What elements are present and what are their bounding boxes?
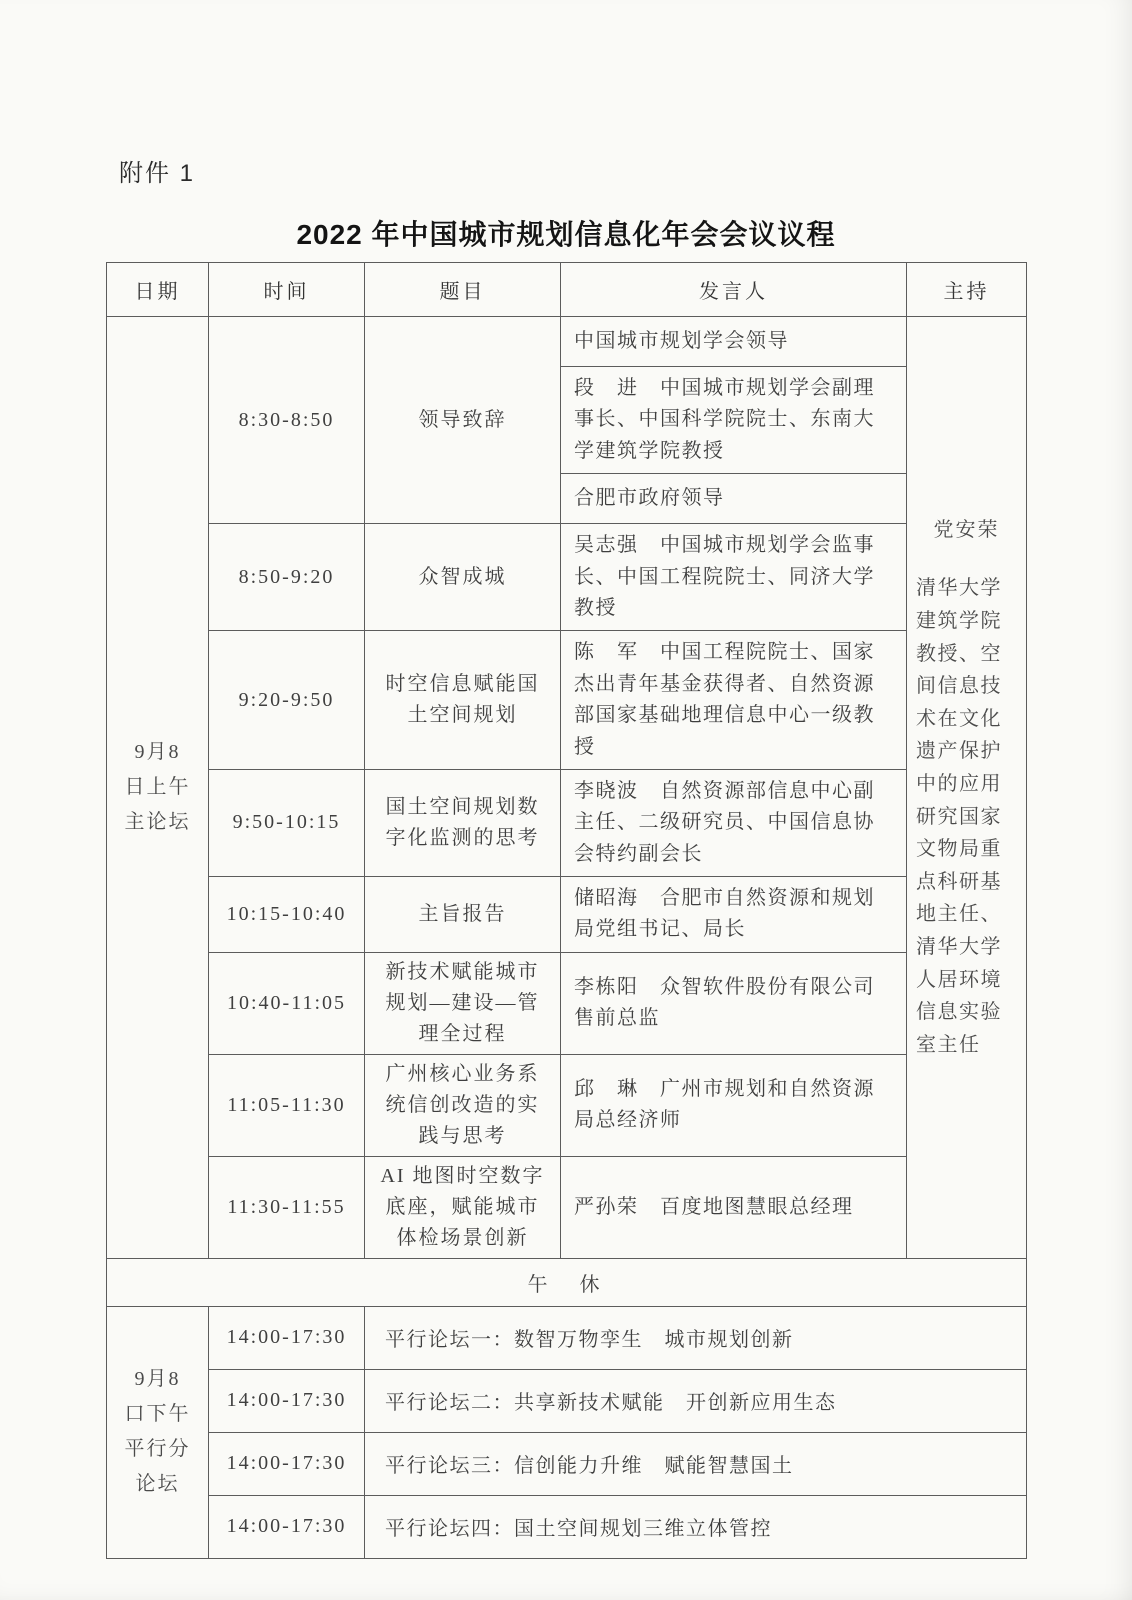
table-row: 10:40-11:05 新技术赋能城市规划—建设—管理全过程 李栋阳 众智软件股…	[107, 952, 1027, 1054]
attachment-label: 附件 1	[119, 153, 195, 188]
time-cell: 11:30-11:55	[209, 1156, 365, 1258]
time-cell: 14:00-17:30	[209, 1369, 365, 1432]
date-line: 主论坛	[107, 805, 208, 840]
table-row: 8:50-9:20 众智成城 吴志强 中国城市规划学会监事长、中国工程院院士、同…	[107, 524, 1027, 631]
break-row: 午 休	[107, 1258, 1027, 1306]
table-row: 14:00-17:30 平行论坛二：共享新技术赋能 开创新应用生态	[107, 1369, 1027, 1432]
speaker-cell: 李栋阳 众智软件股份有限公司售前总监	[561, 952, 907, 1054]
table-row: 9:20-9:50 时空信息赋能国土空间规划 陈 军 中国工程院院士、国家杰出青…	[107, 631, 1027, 770]
table-row: 11:30-11:55 AI 地图时空数字底座，赋能城市体检场景创新 严孙荣 百…	[107, 1156, 1027, 1258]
table-row: 10:15-10:40 主旨报告 储昭海 合肥市自然资源和规划局党组书记、局长	[107, 877, 1027, 953]
time-cell: 14:00-17:30	[209, 1306, 365, 1369]
time-cell: 8:50-9:20	[209, 524, 365, 631]
morning-date-cell: 9月8 日上午 主论坛	[107, 317, 209, 1259]
speaker-cell: 储昭海 合肥市自然资源和规划局党组书记、局长	[561, 877, 907, 953]
forum-cell: 平行论坛三：信创能力升维 赋能智慧国土	[365, 1432, 1027, 1495]
time-cell: 10:15-10:40	[209, 877, 365, 953]
header-cell-date: 日期	[107, 263, 209, 317]
document-title: 2022 年中国城市规划信息化年会会议议程	[0, 213, 1132, 253]
table-row: 14:00-17:30 平行论坛四：国土空间规划三维立体管控	[107, 1495, 1027, 1558]
time-cell: 11:05-11:30	[209, 1054, 365, 1156]
speaker-cell: 严孙荣 百度地图慧眼总经理	[561, 1156, 907, 1258]
table-row: 9月8 日上午 主论坛 8:30-8:50 领导致辞 中国城市规划学会领导 党安…	[107, 317, 1027, 367]
table-row: 14:00-17:30 平行论坛三：信创能力升维 赋能智慧国土	[107, 1432, 1027, 1495]
header-cell-host: 主持	[907, 263, 1027, 317]
afternoon-date-cell: 9月8 口下午 平行分 论坛	[107, 1306, 209, 1558]
scanned-document-page: 附件 1 2022 年中国城市规划信息化年会会议议程 日期 时间 题目 发言人 …	[0, 0, 1132, 1600]
time-cell: 10:40-11:05	[209, 952, 365, 1054]
speaker-cell: 邱 琳 广州市规划和自然资源局总经济师	[561, 1054, 907, 1156]
speaker-cell: 段 进 中国城市规划学会副理事长、中国科学院院士、东南大学建筑学院教授	[561, 367, 907, 474]
forum-cell: 平行论坛四：国土空间规划三维立体管控	[365, 1495, 1027, 1558]
header-cell-time: 时间	[209, 263, 365, 317]
speaker-cell: 吴志强 中国城市规划学会监事长、中国工程院院士、同济大学教授	[561, 524, 907, 631]
time-cell: 14:00-17:30	[209, 1495, 365, 1558]
speaker-cell: 陈 军 中国工程院院士、国家杰出青年基金获得者、自然资源部国家基础地理信息中心一…	[561, 631, 907, 770]
time-cell: 8:30-8:50	[209, 317, 365, 524]
host-name: 党安荣	[916, 513, 1017, 542]
forum-cell: 平行论坛二：共享新技术赋能 开创新应用生态	[365, 1369, 1027, 1432]
topic-cell: 主旨报告	[365, 877, 561, 953]
break-cell: 午 休	[107, 1258, 1027, 1306]
speaker-cell: 李晓波 自然资源部信息中心副主任、二级研究员、中国信息协会特约副会长	[561, 769, 907, 876]
header-cell-topic: 题目	[365, 263, 561, 317]
topic-cell: 新技术赋能城市规划—建设—管理全过程	[365, 952, 561, 1054]
table-row: 9:50-10:15 国土空间规划数字化监测的思考 李晓波 自然资源部信息中心副…	[107, 769, 1027, 876]
topic-cell: 国土空间规划数字化监测的思考	[365, 769, 561, 876]
date-line: 平行分	[107, 1432, 208, 1467]
table-row: 11:05-11:30 广州核心业务系统信创改造的实践与思考 邱 琳 广州市规划…	[107, 1054, 1027, 1156]
date-line: 口下午	[107, 1397, 208, 1432]
host-cell: 党安荣 清华大学建筑学院教授、空间信息技术在文化遗产保护中的应用研究国家文物局重…	[907, 317, 1027, 1259]
time-cell: 14:00-17:30	[209, 1432, 365, 1495]
topic-cell: 时空信息赋能国土空间规划	[365, 631, 561, 770]
topic-cell: 广州核心业务系统信创改造的实践与思考	[365, 1054, 561, 1156]
topic-cell: 领导致辞	[365, 317, 561, 524]
date-line: 9月8	[107, 735, 208, 770]
forum-cell: 平行论坛一：数智万物孪生 城市规划创新	[365, 1306, 1027, 1369]
topic-cell: AI 地图时空数字底座，赋能城市体检场景创新	[365, 1156, 561, 1258]
table-row: 9月8 口下午 平行分 论坛 14:00-17:30 平行论坛一：数智万物孪生 …	[107, 1306, 1027, 1369]
speaker-cell: 中国城市规划学会领导	[561, 317, 907, 367]
host-affiliation: 清华大学建筑学院教授、空间信息技术在文化遗产保护中的应用研究国家文物局重点科研基…	[916, 572, 1017, 1061]
date-line: 日上午	[107, 770, 208, 805]
agenda-table: 日期 时间 题目 发言人 主持 9月8 日上午 主论坛 8:30-8:50 领导…	[106, 262, 1027, 1559]
speaker-cell: 合肥市政府领导	[561, 474, 907, 524]
time-cell: 9:50-10:15	[209, 769, 365, 876]
topic-cell: 众智成城	[365, 524, 561, 631]
date-line: 9月8	[107, 1362, 208, 1397]
date-line: 论坛	[107, 1467, 208, 1502]
time-cell: 9:20-9:50	[209, 631, 365, 770]
header-row: 日期 时间 题目 发言人 主持	[107, 263, 1027, 317]
header-cell-speaker: 发言人	[561, 263, 907, 317]
